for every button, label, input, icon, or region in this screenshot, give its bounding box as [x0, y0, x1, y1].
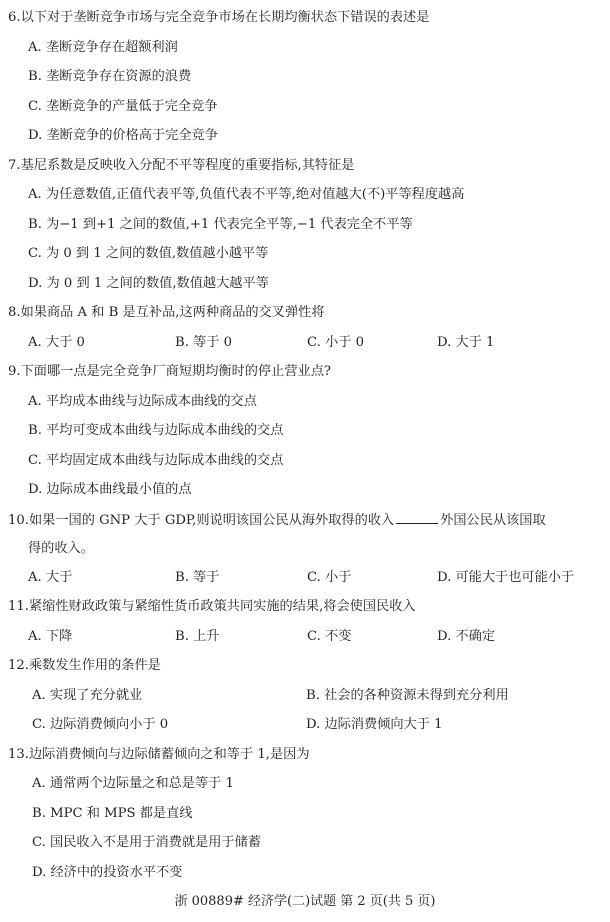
question-text: 以下对于垄断竞争市场与完全竞争市场在长期均衡状态下错误的表述是 — [21, 10, 430, 25]
question-11-options: A. 下降 B. 上升 C. 不变 D. 不确定 — [0, 626, 610, 648]
question-text: 如果一国的 GNP 大于 GDP,则说明该国公民从海外取得的收入 — [29, 513, 394, 528]
option-11c: C. 不变 — [307, 626, 351, 648]
option-8c: C. 小于 0 — [307, 332, 364, 354]
option-13b: B. MPC 和 MPS 都是直线 — [32, 803, 192, 825]
option-10c: C. 小于 — [307, 567, 351, 589]
question-10-stem: 10.如果一国的 GNP 大于 GDP,则说明该国公民从海外取得的收入外国公民从… — [8, 509, 546, 531]
question-text: 下面哪一点是完全竞争厂商短期均衡时的停止营业点? — [21, 364, 331, 379]
question-13-stem: 13.边际消费倾向与边际储蓄倾向之和等于 1,是因为 — [8, 744, 310, 766]
option-9a: A. 平均成本曲线与边际成本曲线的交点 — [28, 391, 257, 413]
option-6a: A. 垄断竞争存在超额利润 — [28, 37, 178, 59]
option-11a: A. 下降 — [28, 626, 72, 648]
option-7d: D. 为 0 到 1 之间的数值,数值越大越平等 — [28, 273, 269, 295]
option-10d: D. 可能大于也可能小于 — [437, 567, 574, 589]
question-8-stem: 8.如果商品 A 和 B 是互补品,这两种商品的交叉弹性将 — [8, 302, 325, 324]
option-6b: B. 垄断竞争存在资源的浪费 — [28, 66, 191, 88]
question-number: 6. — [8, 10, 21, 25]
option-7a: A. 为任意数值,正值代表平等,负值代表不平等,绝对值越大(不)平等程度越高 — [28, 184, 464, 206]
option-9d: D. 边际成本曲线最小值的点 — [28, 479, 192, 501]
option-7b: B. 为−1 到+1 之间的数值,+1 代表完全平等,−1 代表完全不平等 — [28, 214, 413, 236]
question-text: 如果商品 A 和 B 是互补品,这两种商品的交叉弹性将 — [21, 305, 325, 320]
question-8-options: A. 大于 0 B. 等于 0 C. 小于 0 D. 大于 1 — [0, 332, 610, 354]
question-10-options: A. 大于 B. 等于 C. 小于 D. 可能大于也可能小于 — [0, 567, 610, 589]
question-number: 13. — [8, 747, 29, 762]
option-8b: B. 等于 0 — [175, 332, 232, 354]
option-8d: D. 大于 1 — [437, 332, 494, 354]
question-text: 紧缩性财政政策与紧缩性货币政策共同实施的结果,将会使国民收入 — [29, 599, 416, 614]
question-12-options-row1: A. 实现了充分就业 B. 社会的各种资源未得到充分利用 — [0, 685, 610, 707]
question-12-options-row2: C. 边际消费倾向小于 0 D. 边际消费倾向大于 1 — [0, 714, 610, 736]
option-6d: D. 垄断竞争的价格高于完全竞争 — [28, 125, 218, 147]
option-12a: A. 实现了充分就业 — [32, 685, 142, 707]
option-9b: B. 平均可变成本曲线与边际成本曲线的交点 — [28, 420, 283, 442]
question-9-stem: 9.下面哪一点是完全竞争厂商短期均衡时的停止营业点? — [8, 361, 331, 383]
option-12d: D. 边际消费倾向大于 1 — [306, 714, 443, 736]
question-7-stem: 7.基尼系数是反映收入分配不平等程度的重要指标,其特征是 — [8, 155, 354, 177]
option-11b: B. 上升 — [175, 626, 219, 648]
option-7c: C. 为 0 到 1 之间的数值,数值越小越平等 — [28, 243, 268, 265]
page-footer: 浙 00889# 经济学(二)试题 第 2 页(共 5 页) — [0, 891, 610, 913]
option-11d: D. 不确定 — [437, 626, 495, 648]
question-text-continued: 外国公民从该国取 — [440, 513, 546, 528]
option-10a: A. 大于 — [28, 567, 72, 589]
option-12b: B. 社会的各种资源未得到充分利用 — [306, 685, 509, 707]
option-13c: C. 国民收入不是用于消费就是用于储蓄 — [32, 832, 261, 854]
question-number: 10. — [8, 513, 29, 528]
question-number: 12. — [8, 658, 29, 673]
question-6-stem: 6.以下对于垄断竞争市场与完全竞争市场在长期均衡状态下错误的表述是 — [8, 7, 429, 29]
question-12-stem: 12.乘数发生作用的条件是 — [8, 655, 161, 677]
question-text: 乘数发生作用的条件是 — [29, 658, 161, 673]
question-number: 7. — [8, 158, 21, 173]
option-9c: C. 平均固定成本曲线与边际成本曲线的交点 — [28, 450, 283, 472]
fill-in-blank — [396, 509, 438, 524]
question-text: 边际消费倾向与边际储蓄倾向之和等于 1,是因为 — [29, 747, 310, 762]
option-13a: A. 通常两个边际量之和总是等于 1 — [32, 773, 234, 795]
question-text: 基尼系数是反映收入分配不平等程度的重要指标,其特征是 — [21, 158, 355, 173]
option-12c: C. 边际消费倾向小于 0 — [32, 714, 168, 736]
option-10b: B. 等于 — [175, 567, 219, 589]
question-number: 9. — [8, 364, 21, 379]
option-8a: A. 大于 0 — [28, 332, 85, 354]
question-10-stem-continued: 得的收入。 — [28, 538, 94, 560]
question-number: 11. — [8, 599, 29, 614]
question-number: 8. — [8, 305, 21, 320]
option-13d: D. 经济中的投资水平不变 — [32, 862, 182, 884]
option-6c: C. 垄断竞争的产量低于完全竞争 — [28, 96, 217, 118]
question-11-stem: 11.紧缩性财政政策与紧缩性货币政策共同实施的结果,将会使国民收入 — [8, 596, 416, 618]
